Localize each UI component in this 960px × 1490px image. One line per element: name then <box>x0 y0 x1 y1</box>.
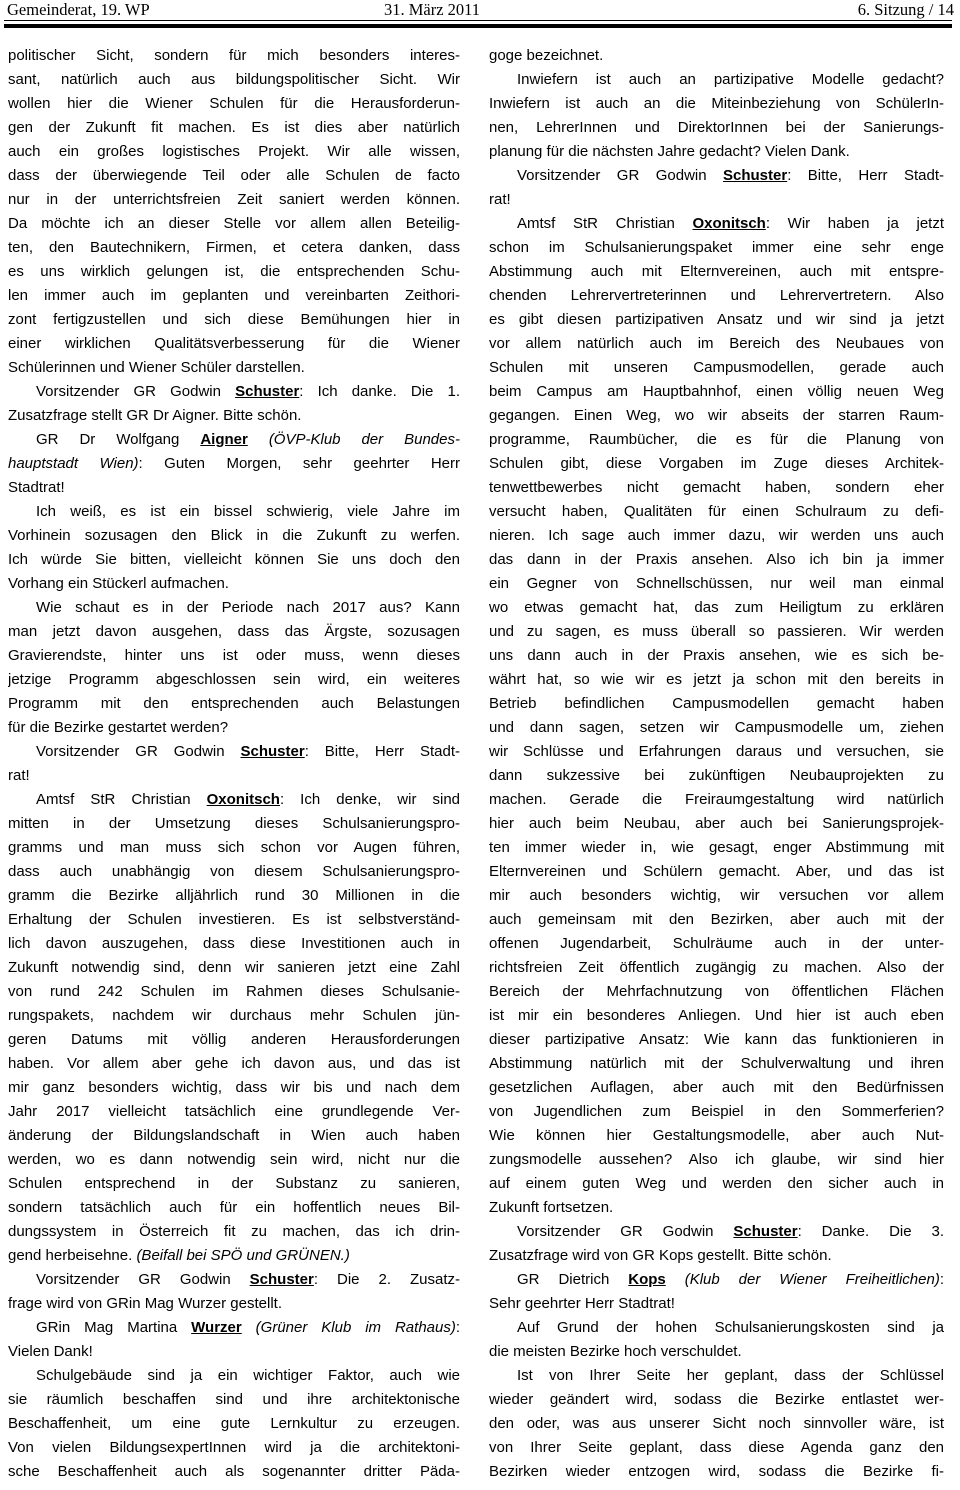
text-run: werden, wo es dann notwendig sein wird, … <box>8 1151 460 1168</box>
text-run: Von vielen BildungsexpertInnen wird ja d… <box>8 1439 460 1456</box>
text-line: frage wird von GRin Mag Wurzer gestellt. <box>8 1292 460 1316</box>
text-run: Schulen entsprechend in der Substanz zu … <box>8 1175 460 1192</box>
text-line: Erhaltung der Schulen investieren. Es is… <box>8 908 460 932</box>
text-run: Schülerinnen und Wiener Schüler darstell… <box>8 359 305 376</box>
text-line: jetzige Programm abgeschlossen sein wird… <box>8 668 460 692</box>
text-line: dieser partizipative Ansatz: Wie kann da… <box>489 1028 944 1052</box>
text-run: planung für die nächsten Jahre gedacht? … <box>489 143 850 160</box>
text-run: Elternvereinen und Schülern gemacht. Abe… <box>489 863 944 880</box>
text-line: Wie können hier Gestaltungsmodelle, aber… <box>489 1124 944 1148</box>
text-run: richtsfreien Zeit öffentlich zugängig zu… <box>489 959 944 976</box>
text-line: Zusatzfrage wird von GR Kops gestellt. B… <box>489 1244 944 1268</box>
text-run: gramm die Bezirke alljährlich rund 30 Mi… <box>8 887 460 904</box>
text-line: Amtsf StR Christian Oxonitsch: Wir haben… <box>489 212 944 236</box>
text-line: offenen Jugendarbeit, Schulräume auch in… <box>489 932 944 956</box>
text-run: das dann in der Praxis ansehen. Also ich… <box>489 551 944 568</box>
text-run: mitten in der Umsetzung dieses Schulsani… <box>8 815 460 832</box>
text-run: währt hat, so wie wir es jetzt ja schon … <box>489 671 944 688</box>
text-run: Abstimmung natürlich mit der Schulverwal… <box>489 1055 944 1072</box>
text-line: lich davon auszugehen, dass diese Invest… <box>8 932 460 956</box>
text-run: und zu sagen, es muss überall so passier… <box>489 623 944 640</box>
speaker-name: Kops <box>628 1271 666 1288</box>
text-run: Amtsf StR Christian <box>36 791 207 808</box>
text-line: es uns wirklich gelungen ist, die entspr… <box>8 260 460 284</box>
text-run: Zusatzfrage stellt GR Dr Aigner. Bitte s… <box>8 407 301 424</box>
text-line: einer wirklichen Qualitätsverbesserung f… <box>8 332 460 356</box>
text-line: wo etwas gemacht hat, das zum Heiligtum … <box>489 596 944 620</box>
text-run: dass der überwiegende Teil oder alle Sch… <box>8 167 460 184</box>
text-run: dungssystem in Österreich fit zu machen,… <box>8 1223 460 1240</box>
text-run: ist mir ein besonderes Anliegen. Und hie… <box>489 1007 944 1024</box>
text-line: Von vielen BildungsexpertInnen wird ja d… <box>8 1436 460 1460</box>
text-line: Jahr 2017 vielleicht tatsächlich eine gr… <box>8 1100 460 1124</box>
text-run: wo etwas gemacht hat, das zum Heiligtum … <box>489 599 944 616</box>
text-run: Inwiefern ist auch an partizipative Mode… <box>517 71 944 88</box>
text-run: Erhaltung der Schulen investieren. Es is… <box>8 911 460 928</box>
column-right: goge bezeichnet.Inwiefern ist auch an pa… <box>489 44 944 1484</box>
text-line: nieren. Ich sage auch immer dazu, wir we… <box>489 524 944 548</box>
text-line: Ich würde Sie bitten, vielleicht können … <box>8 548 460 572</box>
text-line: und zu sagen, es muss überall so passier… <box>489 620 944 644</box>
text-line: Vorsitzender GR Godwin Schuster: Danke. … <box>489 1220 944 1244</box>
text-run: wir Schlüsse und Erfahrungen daraus und … <box>489 743 944 760</box>
text-line: GRin Mag Martina Wurzer (Grüner Klub im … <box>8 1316 460 1340</box>
text-line: zungsmodelle aussehen? Also ich glaube, … <box>489 1148 944 1172</box>
header-rule-thick <box>4 24 952 28</box>
text-run: Vorsitzender GR Godwin <box>36 383 235 400</box>
text-line: geren Datums mit völlig anderen Herausfo… <box>8 1028 460 1052</box>
text-line: Ist von Ihrer Seite her geplant, dass de… <box>489 1364 944 1388</box>
text-run: Vorhinein sozusagen den Blick in die Zuk… <box>8 527 460 544</box>
text-line: schon im Schulsanierungspaket immer eine… <box>489 236 944 260</box>
text-run: Wie schaut es in der Periode nach 2017 a… <box>36 599 460 616</box>
text-line: den oder, was aus unserer Sicht noch sin… <box>489 1412 944 1436</box>
text-line: Inwiefern ist auch an partizipative Mode… <box>489 68 944 92</box>
text-line: Amtsf StR Christian Oxonitsch: Ich denke… <box>8 788 460 812</box>
text-line: rat! <box>8 764 460 788</box>
text-run <box>666 1271 685 1288</box>
text-line: mir ganz besonders wichtig, dass wir bis… <box>8 1076 460 1100</box>
text-run: GRin Mag Martina <box>36 1319 191 1336</box>
text-run: : Die 2. Zusatz- <box>314 1271 460 1288</box>
speaker-name: Aigner <box>200 431 248 448</box>
text-run: : Ich danke. Die 1. <box>299 383 460 400</box>
text-run: tenwettbewerbes nicht gemacht haben, son… <box>489 479 944 496</box>
speaker-name: Schuster <box>733 1223 797 1240</box>
italic-note: (Klub der Wiener Freiheitlichen) <box>685 1271 940 1288</box>
text-run: chenden Lehrervertreterinnen und Lehrerv… <box>489 287 944 304</box>
text-run: Amtsf StR Christian <box>517 215 692 232</box>
text-body: politischer Sicht, sondern für mich beso… <box>0 44 960 1484</box>
page-header: Gemeinderat, 19. WP 31. März 2011 6. Sit… <box>7 1 954 18</box>
text-line: tenwettbewerbes nicht gemacht haben, son… <box>489 476 944 500</box>
text-line: zont fertigzustellen und sich diese Bemü… <box>8 308 460 332</box>
text-line: machen. Gerade die Freiraumgestaltung wi… <box>489 788 944 812</box>
text-run: Betrieb befindlichen Campusmodellen gema… <box>489 695 944 712</box>
speaker-name: Schuster <box>241 743 305 760</box>
text-line: wollen hier die Wiener Schulen für die H… <box>8 92 460 116</box>
text-run: dass auch unabhängig von diesem Schulsan… <box>8 863 460 880</box>
italic-note: hauptstadt Wien) <box>8 455 139 472</box>
text-run: programme, Raumbücher, die es für die Pl… <box>489 431 944 448</box>
text-run: rat! <box>489 191 511 208</box>
text-line: sche Beschaffenheit auch als sogenannter… <box>8 1460 460 1484</box>
text-run: von Ihrer Seite geplant, dass diese Agen… <box>489 1439 944 1456</box>
text-run: Auf Grund der hohen Schulsanierungskoste… <box>517 1319 944 1336</box>
text-run: den oder, was aus unserer Sicht noch sin… <box>489 1415 944 1432</box>
text-run: geren Datums mit völlig anderen Herausfo… <box>8 1031 460 1048</box>
text-line: Vorsitzender GR Godwin Schuster: Bitte, … <box>8 740 460 764</box>
text-line: gesetzlichen Auflagen, aber auch mit den… <box>489 1076 944 1100</box>
text-run: Schulgebäude sind ja ein wichtiger Fakto… <box>36 1367 460 1384</box>
text-run: sant, natürlich auch aus bildungspolitis… <box>8 71 460 88</box>
text-line: gend herbeisehne. (Beifall bei SPÖ und G… <box>8 1244 460 1268</box>
text-line: Zukunft fortsetzen. <box>489 1196 944 1220</box>
text-line: Wie schaut es in der Periode nach 2017 a… <box>8 596 460 620</box>
text-run: gesetzlichen Auflagen, aber auch mit den… <box>489 1079 944 1096</box>
text-run: schon im Schulsanierungspaket immer eine… <box>489 239 944 256</box>
text-run: politischer Sicht, sondern für mich beso… <box>8 47 460 64</box>
text-run: Abstimmung auch mit Elternvereinen, auch… <box>489 263 944 280</box>
text-line: Abstimmung auch mit Elternvereinen, auch… <box>489 260 944 284</box>
text-line: sie räumlich beschaffen sind und ihre ar… <box>8 1388 460 1412</box>
text-line: GR Dietrich Kops (Klub der Wiener Freihe… <box>489 1268 944 1292</box>
text-run: Schulen gibt, diese Vorgaben im Zuge die… <box>489 455 944 472</box>
text-run: gend herbeisehne. <box>8 1247 136 1264</box>
text-run: frage wird von GRin Mag Wurzer gestellt. <box>8 1295 282 1312</box>
text-run: haben. Vor allem aber gehe ich davon aus… <box>8 1055 460 1072</box>
text-line: wir Schlüsse und Erfahrungen daraus und … <box>489 740 944 764</box>
text-run: Zusatzfrage wird von GR Kops gestellt. B… <box>489 1247 832 1264</box>
text-run: auch ein großes logistisches Projekt. Wi… <box>8 143 460 160</box>
text-line: dann sukzessive bei zukünftigen Neubaupr… <box>489 764 944 788</box>
text-line: mitten in der Umsetzung dieses Schulsani… <box>8 812 460 836</box>
text-line: Vorsitzender GR Godwin Schuster: Bitte, … <box>489 164 944 188</box>
text-run: jetzige Programm abgeschlossen sein wird… <box>8 671 460 688</box>
text-line: Schülerinnen und Wiener Schüler darstell… <box>8 356 460 380</box>
text-run: nieren. Ich sage auch immer dazu, wir we… <box>489 527 944 544</box>
text-run: rat! <box>8 767 30 784</box>
text-line: Sehr geehrter Herr Stadtrat! <box>489 1292 944 1316</box>
text-line: planung für die nächsten Jahre gedacht? … <box>489 140 944 164</box>
text-line: Bereich der Mehrfachnutzung von öffentli… <box>489 980 944 1004</box>
text-line: dass der überwiegende Teil oder alle Sch… <box>8 164 460 188</box>
text-line: Schulen gibt, diese Vorgaben im Zuge die… <box>489 452 944 476</box>
text-run: goge bezeichnet. <box>489 47 603 64</box>
text-line: auch ein großes logistisches Projekt. Wi… <box>8 140 460 164</box>
text-run: rungspakets, nachdem wir durchaus mehr S… <box>8 1007 460 1024</box>
text-line: Schulgebäude sind ja ein wichtiger Fakto… <box>8 1364 460 1388</box>
text-run: GR Dr Wolfgang <box>36 431 200 448</box>
text-run: : Guten Morgen, sehr geehrter Herr <box>139 455 460 472</box>
text-line: chenden Lehrervertreterinnen und Lehrerv… <box>489 284 944 308</box>
text-line: vor allem natürlich auch im Bereich des … <box>489 332 944 356</box>
text-line: mir auch besonders wichtig, wir versuche… <box>489 884 944 908</box>
text-run: sondern tatsächlich auch für ein hoffent… <box>8 1199 460 1216</box>
text-line: Vorhinein sozusagen den Blick in die Zuk… <box>8 524 460 548</box>
text-run: Beschaffenheit, um eine gute Lernkultur … <box>8 1415 460 1432</box>
text-run: mir auch besonders wichtig, wir versuche… <box>489 887 944 904</box>
text-run: lich davon auszugehen, dass diese Invest… <box>8 935 460 952</box>
text-line: änderung der Bildungslandschaft in Wien … <box>8 1124 460 1148</box>
text-run: versucht haben, Qualitäten für einen Sch… <box>489 503 944 520</box>
text-run: nur in der unterrichtsfreien Zeit sanier… <box>8 191 460 208</box>
text-line: uns dann auch in der Praxis ansehen, wie… <box>489 644 944 668</box>
text-run: : <box>940 1271 944 1288</box>
text-run: und dann sagen, setzen wir Campusmodelle… <box>489 719 944 736</box>
text-run: offenen Jugendarbeit, Schulräume auch in… <box>489 935 944 952</box>
speaker-name: Oxonitsch <box>692 215 765 232</box>
text-line: rat! <box>489 188 944 212</box>
text-line: ten, den Bautechnikern, Firmen, et ceter… <box>8 236 460 260</box>
text-line: sondern tatsächlich auch für ein hoffent… <box>8 1196 460 1220</box>
text-line: werden, wo es dann notwendig sein wird, … <box>8 1148 460 1172</box>
text-run: uns dann auch in der Praxis ansehen, wie… <box>489 647 944 664</box>
text-run: man jetzt davon ausgehen, dass das Ärgst… <box>8 623 460 640</box>
text-line: haben. Vor allem aber gehe ich davon aus… <box>8 1052 460 1076</box>
text-run: GR Dietrich <box>517 1271 628 1288</box>
text-line: von Jugendlichen zum Beispiel in den Som… <box>489 1100 944 1124</box>
text-line: Auf Grund der hohen Schulsanierungskoste… <box>489 1316 944 1340</box>
text-line: dungssystem in Österreich fit zu machen,… <box>8 1220 460 1244</box>
text-run: machen. Gerade die Freiraumgestaltung wi… <box>489 791 944 808</box>
text-run: : Bitte, Herr Stadt- <box>787 167 944 184</box>
italic-note: (Grüner Klub im Rathaus) <box>256 1319 456 1336</box>
text-run: : Wir haben ja jetzt <box>766 215 944 232</box>
text-line: Vorsitzender GR Godwin Schuster: Ich dan… <box>8 380 460 404</box>
header-page-number: 6. Sitzung / 14 <box>858 1 954 18</box>
text-line: ten immer wieder in, wie gesagt, enger A… <box>489 836 944 860</box>
text-run: Vorsitzender GR Godwin <box>36 743 241 760</box>
text-line: es gibt diesen partizipativen Ansatz und… <box>489 308 944 332</box>
text-run: Ist von Ihrer Seite her geplant, dass de… <box>517 1367 944 1384</box>
text-run: ein Gegner von Schnellschüssen, nur weil… <box>489 575 944 592</box>
text-run: dann sukzessive bei zukünftigen Neubaupr… <box>489 767 944 784</box>
text-line: wieder geändert wird, sodass die Bezirke… <box>489 1388 944 1412</box>
text-line: hauptstadt Wien): Guten Morgen, sehr gee… <box>8 452 460 476</box>
text-run: sche Beschaffenheit auch als sogenannter… <box>8 1463 460 1480</box>
text-run: für die Bezirke gestartet werden? <box>8 719 228 736</box>
text-run: mir ganz besonders wichtig, dass wir bis… <box>8 1079 460 1096</box>
text-line: ein Gegner von Schnellschüssen, nur weil… <box>489 572 944 596</box>
text-run: von Jugendlichen zum Beispiel in den Som… <box>489 1103 944 1120</box>
text-run: zont fertigzustellen und sich diese Bemü… <box>8 311 460 328</box>
text-run: gegangen. Einen Weg, wo wir abseits der … <box>489 407 944 424</box>
header-session-label: Gemeinderat, 19. WP <box>7 1 150 18</box>
text-line: Abstimmung natürlich mit der Schulverwal… <box>489 1052 944 1076</box>
text-run: die meisten Bezirke hoch verschuldet. <box>489 1343 742 1360</box>
text-line: Vorsitzender GR Godwin Schuster: Die 2. … <box>8 1268 460 1292</box>
text-line: programme, Raumbücher, die es für die Pl… <box>489 428 944 452</box>
text-run: sie räumlich beschaffen sind und ihre ar… <box>8 1391 460 1408</box>
text-line: auch gemeinsam mit den Bezirken, aber au… <box>489 908 944 932</box>
text-run: : <box>456 1319 460 1336</box>
text-line: und dann sagen, setzen wir Campusmodelle… <box>489 716 944 740</box>
text-run: beim Campus am Hauptbahnhof, einen völli… <box>489 383 944 400</box>
speaker-name: Oxonitsch <box>207 791 280 808</box>
speaker-name: Wurzer <box>191 1319 242 1336</box>
text-run: Wie können hier Gestaltungsmodelle, aber… <box>489 1127 944 1144</box>
text-line: Betrieb befindlichen Campusmodellen gema… <box>489 692 944 716</box>
text-line: gen der Zukunft fit machen. Es ist dies … <box>8 116 460 140</box>
italic-note: (Beifall bei SPÖ und GRÜNEN.) <box>136 1247 349 1264</box>
text-run: Da möchte ich an dieser Stelle vor allem… <box>8 215 460 232</box>
text-line: len immer auch im geplanten und vereinba… <box>8 284 460 308</box>
italic-note: (ÖVP-Klub der Bundes- <box>269 431 460 448</box>
text-run: es uns wirklich gelungen ist, die entspr… <box>8 263 460 280</box>
text-line: von Ihrer Seite geplant, dass diese Agen… <box>489 1436 944 1460</box>
text-run: Inwiefern ist auch an die Miteinbeziehun… <box>489 95 944 112</box>
text-run: Gravierendste, hinter uns ist oder muss,… <box>8 647 460 664</box>
text-line: gegangen. Einen Weg, wo wir abseits der … <box>489 404 944 428</box>
text-run: wollen hier die Wiener Schulen für die H… <box>8 95 460 112</box>
text-line: Inwiefern ist auch an die Miteinbeziehun… <box>489 92 944 116</box>
text-run: Vorhang ein Stückerl aufmachen. <box>8 575 229 592</box>
text-line: politischer Sicht, sondern für mich beso… <box>8 44 460 68</box>
text-run: ten immer wieder in, wie gesagt, enger A… <box>489 839 944 856</box>
text-line: richtsfreien Zeit öffentlich zugängig zu… <box>489 956 944 980</box>
text-line: Da möchte ich an dieser Stelle vor allem… <box>8 212 460 236</box>
header-rule-thin <box>4 20 952 21</box>
text-run: Zukunft notwendig sind, denn wir saniere… <box>8 959 460 976</box>
text-line: rungspakets, nachdem wir durchaus mehr S… <box>8 1004 460 1028</box>
text-run: Schulen mit unseren Campusmodellen, gera… <box>489 359 944 376</box>
text-line: beim Campus am Hauptbahnhof, einen völli… <box>489 380 944 404</box>
text-line: goge bezeichnet. <box>489 44 944 68</box>
text-line: dass auch unabhängig von diesem Schulsan… <box>8 860 460 884</box>
text-line: Zusatzfrage stellt GR Dr Aigner. Bitte s… <box>8 404 460 428</box>
text-run: auch gemeinsam mit den Bezirken, aber au… <box>489 911 944 928</box>
text-line: Schulen mit unseren Campusmodellen, gera… <box>489 356 944 380</box>
text-run: : Ich denke, wir sind <box>280 791 460 808</box>
text-run: auf einem guten Weg und werden den siche… <box>489 1175 944 1192</box>
text-line: gramms und man muss sich schon vor Augen… <box>8 836 460 860</box>
text-run: Stadtrat! <box>8 479 65 496</box>
text-run: : Bitte, Herr Stadt- <box>305 743 460 760</box>
text-line: für die Bezirke gestartet werden? <box>8 716 460 740</box>
text-run: Ich würde Sie bitten, vielleicht können … <box>8 551 460 568</box>
text-line: Elternvereinen und Schülern gemacht. Abe… <box>489 860 944 884</box>
text-line: sant, natürlich auch aus bildungspolitis… <box>8 68 460 92</box>
text-run: Vorsitzender GR Godwin <box>517 1223 733 1240</box>
column-left: politischer Sicht, sondern für mich beso… <box>8 44 460 1484</box>
text-run: zungsmodelle aussehen? Also ich glaube, … <box>489 1151 944 1168</box>
text-run <box>242 1319 256 1336</box>
text-run: : Danke. Die 3. <box>798 1223 944 1240</box>
text-line: Vorhang ein Stückerl aufmachen. <box>8 572 460 596</box>
text-line: von rund 242 Schulen im Rahmen dieses Sc… <box>8 980 460 1004</box>
text-run: einer wirklichen Qualitätsverbesserung f… <box>8 335 460 352</box>
text-run: nen, LehrerInnen und DirektorInnen bei d… <box>489 119 944 136</box>
speaker-name: Schuster <box>235 383 299 400</box>
text-run <box>248 431 269 448</box>
text-line: Gravierendste, hinter uns ist oder muss,… <box>8 644 460 668</box>
text-run: Bezirken wieder entzogen wird, sodass di… <box>489 1463 944 1480</box>
text-line: man jetzt davon ausgehen, dass das Ärgst… <box>8 620 460 644</box>
text-run: gramms und man muss sich schon vor Augen… <box>8 839 460 856</box>
text-line: Zukunft notwendig sind, denn wir saniere… <box>8 956 460 980</box>
protocol-page: Gemeinderat, 19. WP 31. März 2011 6. Sit… <box>0 0 960 1490</box>
text-run: Zukunft fortsetzen. <box>489 1199 613 1216</box>
text-line: Vielen Dank! <box>8 1340 460 1364</box>
text-line: auf einem guten Weg und werden den siche… <box>489 1172 944 1196</box>
text-line: Stadtrat! <box>8 476 460 500</box>
speaker-name: Schuster <box>723 167 787 184</box>
text-run: hier auch beim Neubau, aber auch bei San… <box>489 815 944 832</box>
text-line: Ich weiß, es ist ein bissel schwierig, v… <box>8 500 460 524</box>
text-run: gen der Zukunft fit machen. Es ist dies … <box>8 119 460 136</box>
text-run: Vorsitzender GR Godwin <box>36 1271 250 1288</box>
text-run: Sehr geehrter Herr Stadtrat! <box>489 1295 675 1312</box>
text-line: nur in der unterrichtsfreien Zeit sanier… <box>8 188 460 212</box>
text-run: len immer auch im geplanten und vereinba… <box>8 287 460 304</box>
text-run: Ich weiß, es ist ein bissel schwierig, v… <box>36 503 460 520</box>
text-line: gramm die Bezirke alljährlich rund 30 Mi… <box>8 884 460 908</box>
text-run: Jahr 2017 vielleicht tatsächlich eine gr… <box>8 1103 460 1120</box>
text-run: ten, den Bautechnikern, Firmen, et ceter… <box>8 239 460 256</box>
text-line: nen, LehrerInnen und DirektorInnen bei d… <box>489 116 944 140</box>
text-run: es gibt diesen partizipativen Ansatz und… <box>489 311 944 328</box>
text-run: vor allem natürlich auch im Bereich des … <box>489 335 944 352</box>
text-line: Bezirken wieder entzogen wird, sodass di… <box>489 1460 944 1484</box>
text-line: die meisten Bezirke hoch verschuldet. <box>489 1340 944 1364</box>
text-line: das dann in der Praxis ansehen. Also ich… <box>489 548 944 572</box>
text-run: dieser partizipative Ansatz: Wie kann da… <box>489 1031 944 1048</box>
header-date: 31. März 2011 <box>384 1 480 18</box>
text-line: GR Dr Wolfgang Aigner (ÖVP-Klub der Bund… <box>8 428 460 452</box>
text-run: wieder geändert wird, sodass die Bezirke… <box>489 1391 944 1408</box>
text-run: Programm mit den entsprechenden auch Bel… <box>8 695 460 712</box>
text-run: Vorsitzender GR Godwin <box>517 167 723 184</box>
text-line: währt hat, so wie wir es jetzt ja schon … <box>489 668 944 692</box>
text-line: Beschaffenheit, um eine gute Lernkultur … <box>8 1412 460 1436</box>
text-run: von rund 242 Schulen im Rahmen dieses Sc… <box>8 983 460 1000</box>
text-line: hier auch beim Neubau, aber auch bei San… <box>489 812 944 836</box>
text-line: versucht haben, Qualitäten für einen Sch… <box>489 500 944 524</box>
text-line: Programm mit den entsprechenden auch Bel… <box>8 692 460 716</box>
text-run: Vielen Dank! <box>8 1343 93 1360</box>
text-line: Schulen entsprechend in der Substanz zu … <box>8 1172 460 1196</box>
text-run: Bereich der Mehrfachnutzung von öffentli… <box>489 983 944 1000</box>
text-run: änderung der Bildungslandschaft in Wien … <box>8 1127 460 1144</box>
text-line: ist mir ein besonderes Anliegen. Und hie… <box>489 1004 944 1028</box>
speaker-name: Schuster <box>250 1271 314 1288</box>
